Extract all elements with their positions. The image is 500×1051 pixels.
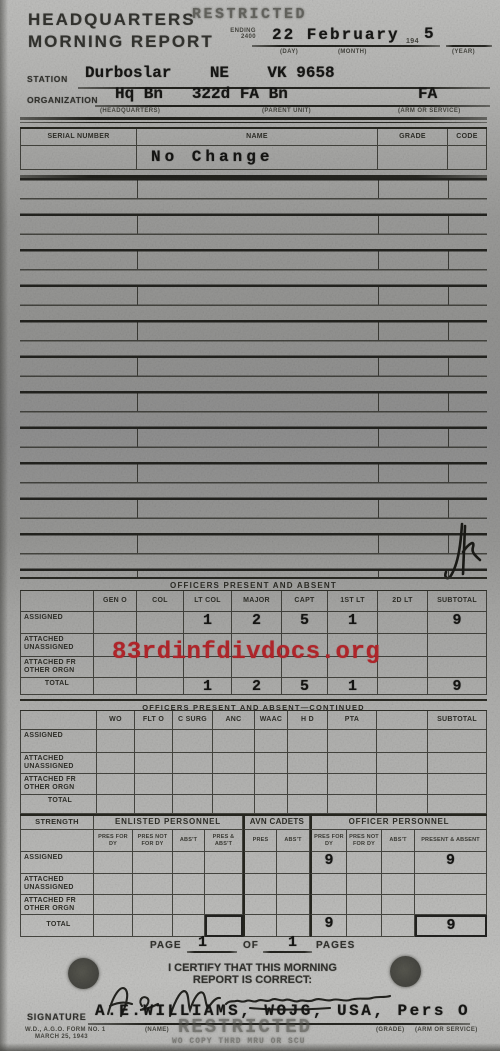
cell — [94, 915, 133, 937]
sub-off-pres-for-dy: PRES FOR DY — [310, 830, 347, 852]
officers-col-2d-lt: 2D LT — [378, 591, 428, 612]
sub-pres-for-dy: PRES FOR DY — [94, 830, 133, 852]
handwritten-initials-mark — [432, 522, 482, 580]
cell — [243, 915, 277, 937]
form-date-caption: MARCH 25, 1943 — [35, 1034, 88, 1040]
cell — [428, 730, 487, 753]
cell — [173, 753, 213, 774]
cell — [288, 774, 328, 795]
cell — [173, 730, 213, 753]
cell — [377, 795, 428, 814]
roster-col-code: CODE — [448, 129, 487, 146]
col-wo: WO — [97, 711, 135, 730]
roster-entry-name: No Change — [137, 146, 378, 170]
cell — [378, 657, 428, 678]
form-title-headquarters: HEADQUARTERS — [28, 10, 196, 30]
form-number-caption: W.D., A.G.O. FORM NO. 1 — [25, 1027, 106, 1033]
cell: 9 — [415, 915, 487, 937]
paper-left-edge — [0, 0, 8, 1051]
sub-pres-abst: PRES & ABS'T — [205, 830, 243, 852]
cell — [377, 774, 428, 795]
strength-table: STRENGTH ENLISTED PERSONNEL AVN CADETS O… — [20, 814, 487, 937]
cell: 1 — [328, 612, 378, 634]
officers-table: OFFICERS PRESENT AND ABSENT GEN O COL LT… — [20, 577, 487, 695]
pages-number-underline — [263, 951, 312, 953]
cell — [205, 852, 243, 874]
row-label: TOTAL — [20, 795, 97, 814]
strength-row-assigned: ASSIGNED 9 9 — [20, 852, 487, 874]
group-officer-personnel: OFFICER PERSONNEL — [310, 816, 487, 830]
row-label: ATTACHED UNASSIGNED — [20, 874, 94, 895]
month-caption: (MONTH) — [338, 49, 367, 55]
strength-subheader-row: PRES FOR DY PRES NOT FOR DY ABS'T PRES &… — [20, 830, 487, 852]
cell: 5 — [282, 612, 328, 634]
year-underline — [446, 45, 492, 47]
strength-group-header-row: STRENGTH ENLISTED PERSONNEL AVN CADETS O… — [20, 816, 487, 830]
parent-unit-caption: (PARENT UNIT) — [262, 108, 311, 114]
col-h-d: H D — [288, 711, 328, 730]
roster-entry-code — [448, 146, 487, 170]
row-label: ATTACHED FR OTHER ORGN — [20, 895, 94, 915]
cell — [205, 895, 243, 915]
row-label: TOTAL — [20, 915, 94, 937]
cell — [328, 795, 377, 814]
year-value: 5 — [424, 25, 434, 43]
arm-service-caption-bottom: (ARM OR SERVICE) — [415, 1027, 478, 1033]
cell — [97, 730, 135, 753]
officers-col-col: COL — [137, 591, 184, 612]
cell — [173, 852, 205, 874]
row-label: ATTACHED UNASSIGNED — [20, 634, 94, 657]
col-waac: WAAC — [255, 711, 288, 730]
cell — [428, 634, 487, 657]
cell — [213, 730, 255, 753]
cell — [415, 895, 487, 915]
roster-divider-serial-name — [137, 178, 138, 577]
organization-value: Hq Bn 322d FA Bn — [115, 85, 288, 103]
officers-col-capt: CAPT — [282, 591, 328, 612]
cell — [328, 730, 377, 753]
cell — [377, 730, 428, 753]
cell — [428, 795, 487, 814]
cell — [94, 895, 133, 915]
cell — [133, 915, 173, 937]
strength-row-attached-fr-other: ATTACHED FR OTHER ORGN — [20, 895, 487, 915]
cell: 9 — [415, 852, 487, 874]
cell — [288, 753, 328, 774]
cell — [243, 874, 277, 895]
cell — [347, 852, 382, 874]
roster-entry-row: No Change — [20, 146, 487, 170]
officers-col-1st-lt: 1ST LT — [328, 591, 378, 612]
cell — [137, 678, 184, 695]
header-divider-thin — [20, 122, 487, 124]
cell — [277, 852, 310, 874]
row-label: ASSIGNED — [20, 612, 94, 634]
cell — [428, 774, 487, 795]
strength-row-attached-unassigned: ATTACHED UNASSIGNED — [20, 874, 487, 895]
officers-continued-table: OFFICERS PRESENT AND ABSENT—CONTINUED WO… — [20, 699, 487, 814]
site-watermark: 83rdinfdivdocs.org — [112, 639, 380, 666]
cell — [173, 795, 213, 814]
cell — [97, 774, 135, 795]
restricted-stamp-bottom: RESTRICTED — [178, 1016, 312, 1038]
cell — [213, 795, 255, 814]
roster-entry-serial — [20, 146, 137, 170]
col-flt-o: FLT O — [135, 711, 173, 730]
year-caption: (YEAR) — [452, 49, 475, 55]
strength-row-total: TOTAL 9 9 — [20, 915, 487, 937]
col-subtotal: SUBTOTAL — [428, 711, 487, 730]
row-label: ASSIGNED — [20, 730, 97, 753]
pages-label: PAGES — [316, 940, 355, 951]
page-number: 1 — [198, 934, 207, 951]
signature-label: SIGNATURE — [27, 1012, 87, 1022]
cell — [213, 774, 255, 795]
officers-continued-header-row: WO FLT O C SURG ANC WAAC H D PTA SUBTOTA… — [20, 711, 487, 730]
cell: 9 — [310, 915, 347, 937]
restricted-stamp-top: RESTRICTED — [192, 6, 307, 23]
cell — [378, 612, 428, 634]
cell — [173, 774, 213, 795]
report-date-value: 22 February — [272, 26, 400, 44]
cell: 1 — [328, 678, 378, 695]
cell: 9 — [310, 852, 347, 874]
cell — [255, 774, 288, 795]
cell — [310, 874, 347, 895]
station-value: Durboslar NE VK 9658 — [85, 64, 335, 82]
row-label: ASSIGNED — [20, 852, 94, 874]
organization-label: ORGANIZATION — [27, 95, 98, 105]
pages-number: 1 — [288, 934, 297, 951]
officers-col-gen-o: GEN O — [94, 591, 137, 612]
cell — [135, 795, 173, 814]
row-label: ATTACHED FR OTHER ORGN — [20, 774, 97, 795]
cell: 2 — [232, 678, 282, 695]
roster-header-row: SERIAL NUMBER NAME GRADE CODE — [20, 127, 487, 146]
col-c-surg: C SURG — [173, 711, 213, 730]
cell — [347, 915, 382, 937]
name-caption: (NAME) — [145, 1027, 169, 1033]
roster-col-grade: GRADE — [378, 129, 448, 146]
cell — [347, 895, 382, 915]
cell — [243, 852, 277, 874]
cell — [135, 730, 173, 753]
page-label: PAGE — [150, 940, 182, 951]
cell — [382, 852, 415, 874]
cell — [328, 774, 377, 795]
continued-row-attached-fr-other: ATTACHED FR OTHER ORGN — [20, 774, 487, 795]
cell: 5 — [282, 678, 328, 695]
cell: 1 — [184, 612, 232, 634]
ending-time: 2400 — [222, 34, 256, 40]
spacer — [20, 830, 94, 852]
cell — [97, 753, 135, 774]
cell — [94, 678, 137, 695]
officers-row-assigned: ASSIGNED 1 2 5 1 9 — [20, 612, 487, 634]
officers-col-lt-col: LT COL — [184, 591, 232, 612]
day-caption: (DAY) — [280, 49, 298, 55]
sub-abst: ABS'T — [173, 830, 205, 852]
cell — [135, 774, 173, 795]
sub-off-pres-not: PRES NOT FOR DY — [347, 830, 382, 852]
page-number-underline — [187, 951, 237, 953]
cell: 9 — [428, 678, 487, 695]
cell — [378, 634, 428, 657]
certify-line1: I CERTIFY THAT THIS MORNING — [160, 962, 345, 974]
roster-divider-name-grade — [378, 178, 379, 577]
cell — [205, 874, 243, 895]
sub-avn-pres: PRES — [243, 830, 277, 852]
year-prefix: 194 — [406, 38, 419, 45]
row-label: ATTACHED UNASSIGNED — [20, 753, 97, 774]
form-title-morning-report: MORNING REPORT — [28, 32, 214, 52]
cell — [135, 753, 173, 774]
cell — [378, 678, 428, 695]
col-pta: PTA — [328, 711, 377, 730]
cell — [94, 874, 133, 895]
roster-entry-grade — [378, 146, 448, 170]
roster-table: SERIAL NUMBER NAME GRADE CODE No Change — [20, 127, 487, 170]
roster-empty-rows — [20, 178, 487, 577]
organization-arm-value: FA — [418, 85, 437, 103]
cell — [328, 753, 377, 774]
cell — [243, 895, 277, 915]
grade-caption: (GRADE) — [376, 1027, 404, 1033]
cell — [133, 895, 173, 915]
officers-table-title: OFFICERS PRESENT AND ABSENT — [20, 577, 487, 591]
continued-row-assigned: ASSIGNED — [20, 730, 487, 753]
cell — [382, 895, 415, 915]
cell — [213, 753, 255, 774]
roster-col-serial-number: SERIAL NUMBER — [20, 129, 137, 146]
header-divider-thick — [20, 117, 487, 120]
officers-col-major: MAJOR — [232, 591, 282, 612]
cell — [428, 753, 487, 774]
col-anc: ANC — [213, 711, 255, 730]
officers-header-spacer — [20, 591, 94, 612]
cell — [255, 795, 288, 814]
cell: 9 — [428, 612, 487, 634]
cell — [428, 657, 487, 678]
cell — [347, 874, 382, 895]
officers-col-subtotal: SUBTOTAL — [428, 591, 487, 612]
row-label: ATTACHED FR OTHER ORGN — [20, 657, 94, 678]
cell — [94, 612, 137, 634]
cell — [133, 852, 173, 874]
sub-avn-abst: ABS'T — [277, 830, 310, 852]
cell — [173, 874, 205, 895]
row-label: TOTAL — [20, 678, 94, 695]
roster-col-name: NAME — [137, 129, 378, 146]
cell — [288, 730, 328, 753]
strength-title: STRENGTH — [20, 816, 94, 830]
organization-underline — [95, 105, 490, 107]
officers-continued-title: OFFICERS PRESENT AND ABSENT—CONTINUED — [20, 699, 487, 711]
group-enlisted-personnel: ENLISTED PERSONNEL — [94, 816, 243, 830]
punch-hole-left — [68, 958, 99, 989]
spacer — [20, 711, 97, 730]
officers-row-total: TOTAL 1 2 5 1 9 — [20, 678, 487, 695]
cell: 1 — [184, 678, 232, 695]
cell — [255, 730, 288, 753]
cell — [288, 795, 328, 814]
arm-service-caption: (ARM OR SERVICE) — [398, 108, 461, 114]
cell — [205, 915, 243, 937]
cell — [173, 895, 205, 915]
ending-2400-label: ENDING 2400 — [222, 28, 256, 40]
cell — [415, 874, 487, 895]
col-blank — [377, 711, 428, 730]
cell — [133, 874, 173, 895]
group-avn-cadets: AVN CADETS — [243, 816, 310, 830]
cell — [277, 895, 310, 915]
sub-off-abst: ABS'T — [382, 830, 415, 852]
headquarters-caption: (HEADQUARTERS) — [100, 108, 160, 114]
cell — [377, 753, 428, 774]
roster-divider-grade-code — [448, 178, 449, 577]
station-label: STATION — [27, 74, 68, 84]
sub-pres-not-for-dy: PRES NOT FOR DY — [133, 830, 173, 852]
date-underline — [252, 45, 440, 47]
continued-row-total: TOTAL — [20, 795, 487, 814]
cell — [137, 612, 184, 634]
cell: 2 — [232, 612, 282, 634]
cell — [94, 852, 133, 874]
cell — [310, 895, 347, 915]
cell — [382, 915, 415, 937]
cell — [277, 874, 310, 895]
continued-row-attached-unassigned: ATTACHED UNASSIGNED — [20, 753, 487, 774]
officers-header-row: GEN O COL LT COL MAJOR CAPT 1ST LT 2D LT… — [20, 591, 487, 612]
morning-report-scan: HEADQUARTERS MORNING REPORT RESTRICTED E… — [0, 0, 500, 1051]
paper-bottom-edge — [0, 1043, 500, 1051]
of-label: OF — [243, 940, 259, 951]
cell — [255, 753, 288, 774]
sub-off-present-absent: PRESENT & ABSENT — [415, 830, 487, 852]
cell — [97, 795, 135, 814]
cell — [382, 874, 415, 895]
